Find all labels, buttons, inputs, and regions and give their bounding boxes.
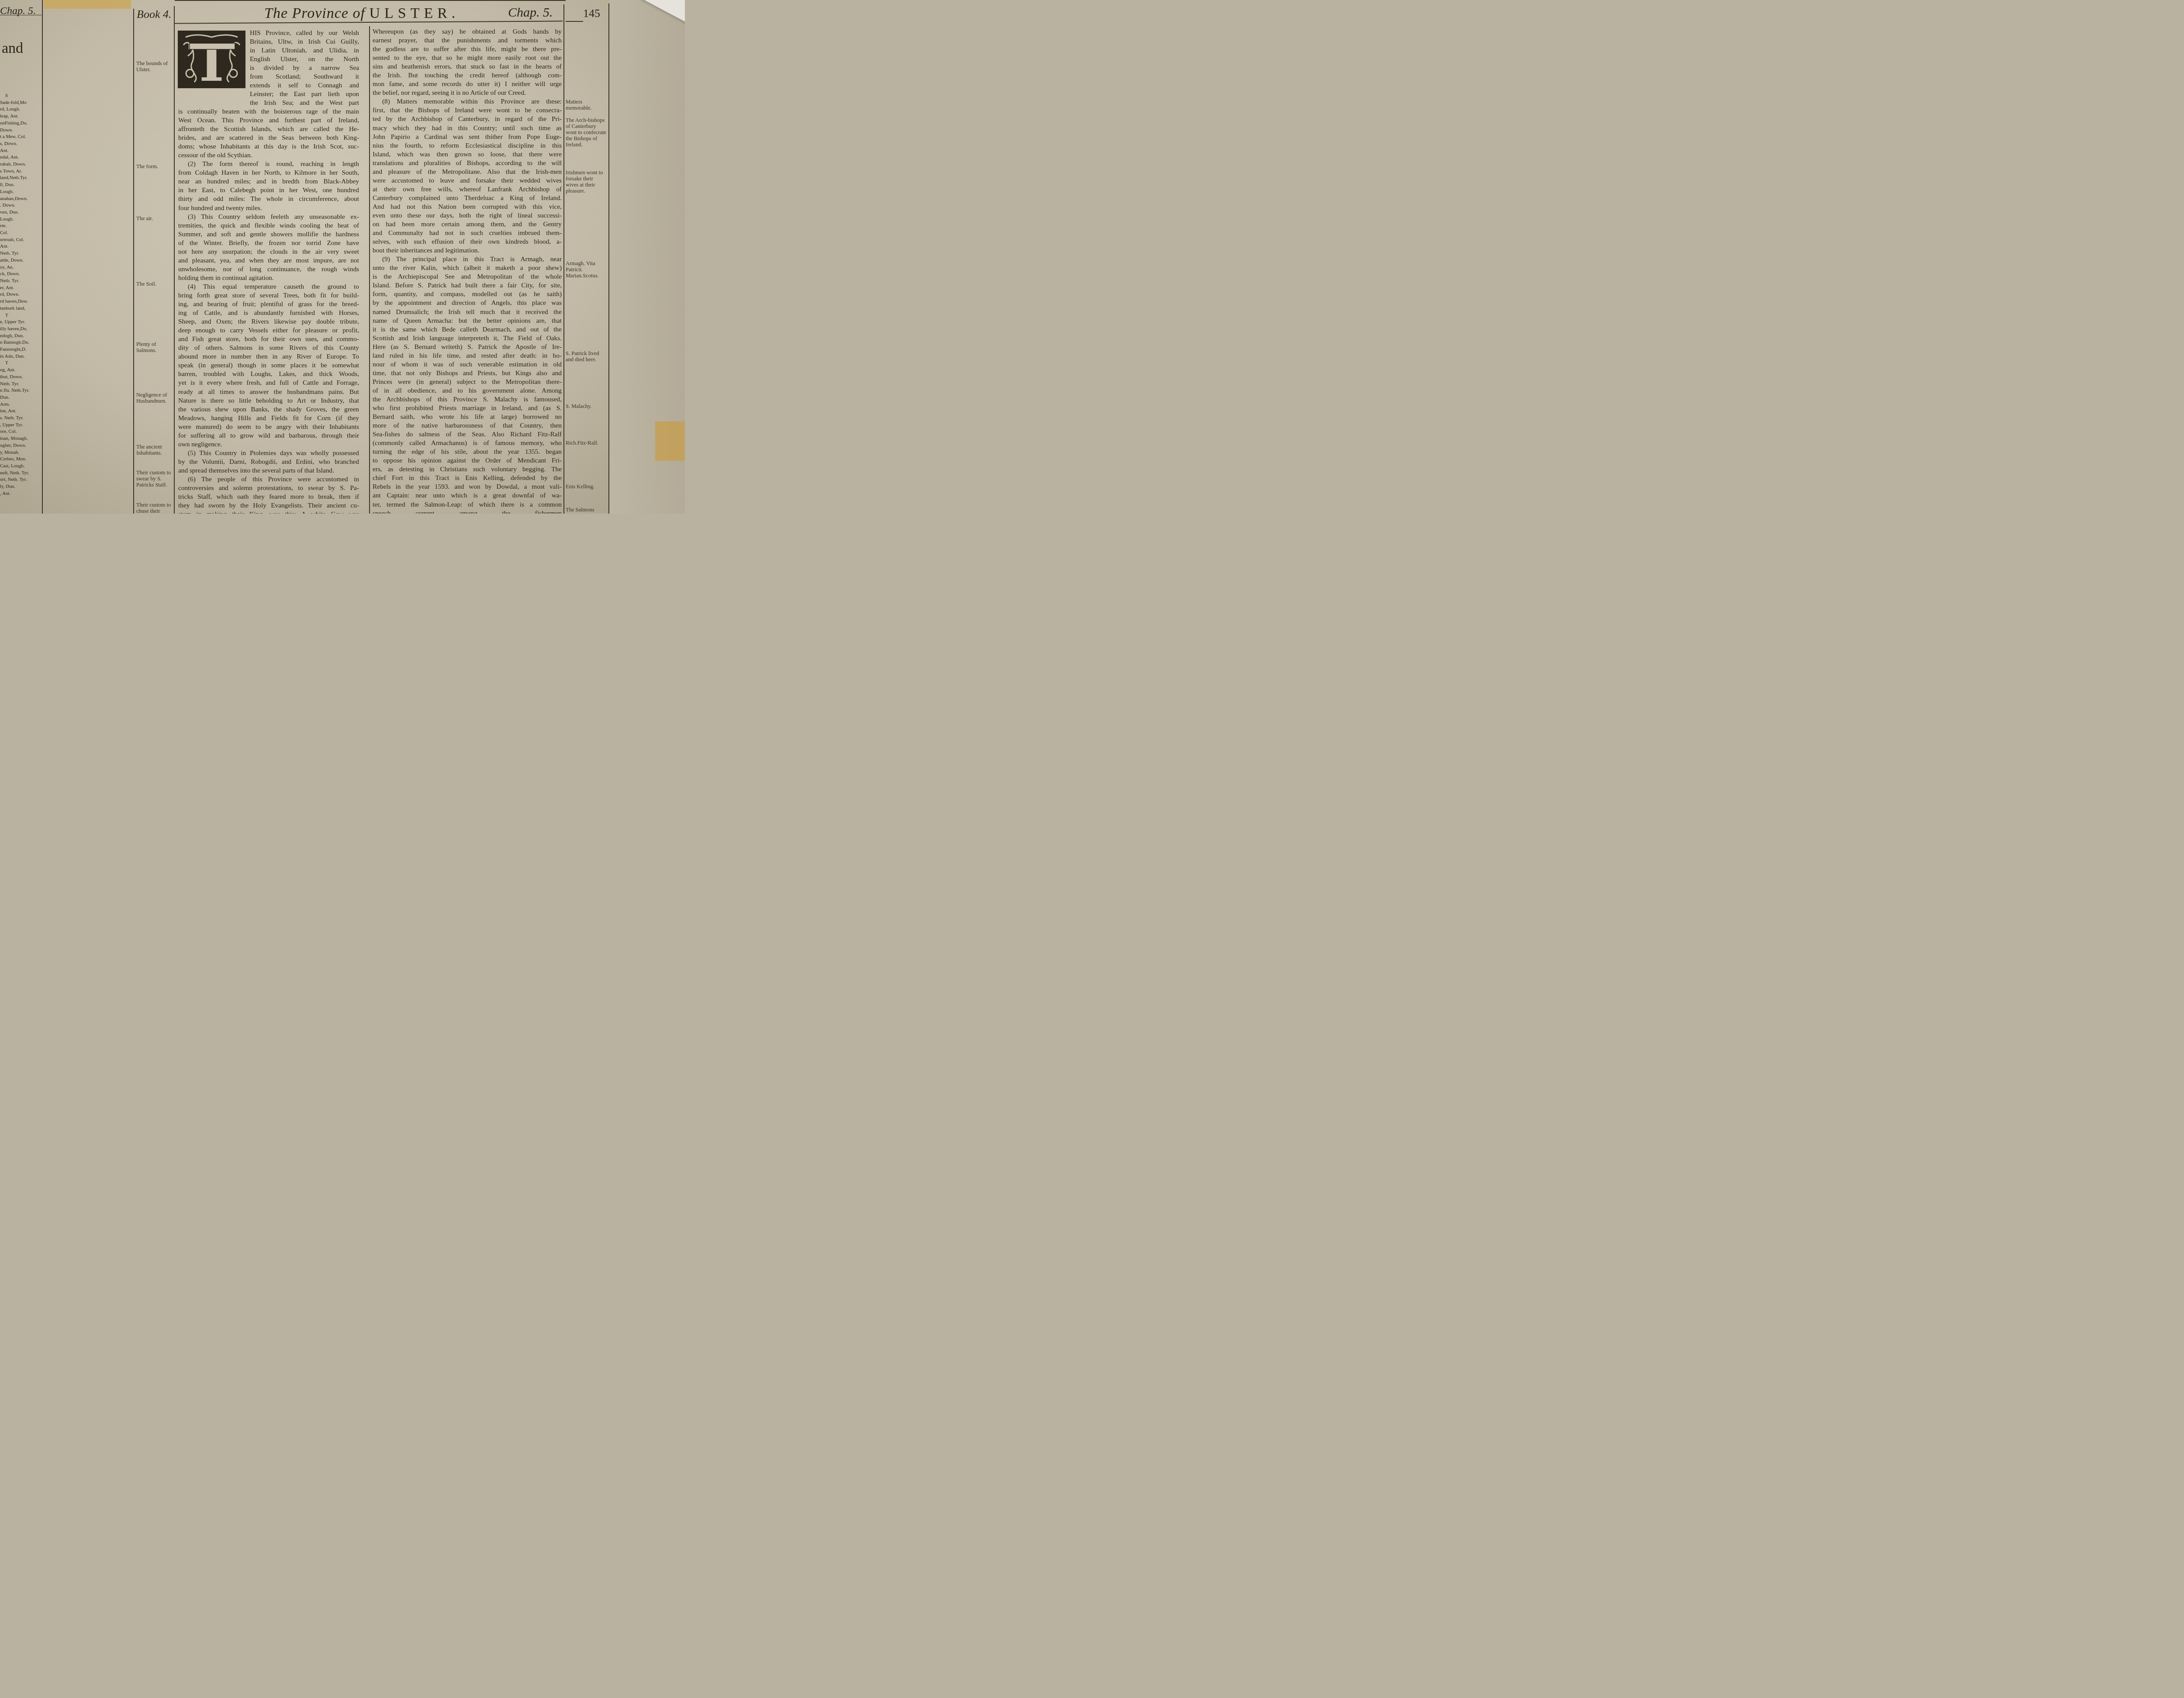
text-line: HIS Province, called by our Welsh: [250, 29, 359, 38]
margin-note: The ancient Inhabitants.: [136, 444, 173, 456]
index-entry: ll, Dun.: [0, 182, 29, 189]
index-entry: Col.: [0, 230, 29, 237]
text-line: (5) This Country in Ptolemies days was w…: [178, 449, 359, 458]
text-line: the Irish Sea; and the West part: [250, 99, 359, 107]
text-line: earnest prayer, that the punishments and…: [373, 36, 562, 45]
text-line: is divided by a narrow Sea: [250, 64, 359, 72]
text-line: named Drumsalich; the Irish tell much th…: [373, 308, 562, 317]
text-line: barren, troubled with Loughs, Lakes, and…: [178, 370, 359, 379]
margin-note: Matters memorable.: [566, 99, 607, 111]
outer-left-rule: [133, 9, 134, 514]
text-line: chief Fort in this Tract is Enis Kelling…: [373, 474, 562, 483]
text-line: and Fish great store, both for their own…: [178, 335, 359, 344]
text-line: ing, and bearing of fruit; plentiful of …: [178, 300, 359, 309]
text-line: West Ocean. This Province and furthest p…: [178, 116, 359, 125]
text-line: nour of whom it was of such venerable es…: [373, 360, 562, 369]
text-line: by the appointment and direction of Ange…: [373, 299, 562, 307]
outer-right-rule: [608, 3, 609, 514]
left-page-rule: [42, 0, 43, 514]
text-line: deep enough to carry Vessels either for …: [178, 326, 359, 335]
text-line: it is the same which Bede calleth Dearma…: [373, 325, 562, 334]
text-line: (6) The people of this Province were acc…: [178, 475, 359, 484]
text-line: unwholesome, nor of long continuance, th…: [178, 265, 359, 274]
text-line: the various shew upon Banks, the shady G…: [178, 405, 359, 414]
index-entry: Cast, Lough.: [0, 463, 29, 470]
text-line: Summer, and soft and gentle showers moll…: [178, 230, 359, 239]
text-line: bout their inheritances and legitimation…: [373, 246, 562, 255]
index-entry: n flu. Neth.Tyr.: [0, 387, 29, 394]
index-entry: tanhurk land,: [0, 305, 29, 312]
margin-note: Enis Kelling.: [566, 483, 607, 490]
index-entry: T: [0, 360, 29, 367]
index-entry: onFishing,Du.: [0, 120, 29, 127]
text-line: (commonly called Armachanus) is of famou…: [373, 439, 562, 448]
decorated-initial-t-icon: [178, 31, 245, 88]
text-line: sins and heathenish errors, that stuck s…: [373, 62, 562, 71]
column-right-body: Whereupon (as they say) he obtained at G…: [373, 28, 562, 514]
book-label: Book 4.: [137, 8, 171, 21]
index-entry: s Town, Ar.: [0, 168, 29, 175]
text-line: land ruled in his life time, and rested …: [373, 352, 562, 360]
left-index-list: SSade-fold,Mord, Lough.leap, Ant.onFishi…: [0, 93, 29, 497]
text-line: (2) The form thereof is round, reaching …: [178, 160, 359, 169]
text-line: more of the native barbarousness of that…: [373, 421, 562, 430]
text-line: Island. Before S. Patrick had built ther…: [373, 281, 562, 290]
text-line: abound more in number then in any River …: [178, 352, 359, 361]
margin-right-rule: [563, 4, 564, 514]
text-line: Scottish and Irish language interpreteth…: [373, 334, 562, 343]
text-line: to oppose his opinion against the Order …: [373, 456, 562, 465]
text-line: first, that the Bishops of Ireland were …: [373, 106, 562, 115]
text-line: Meadows, hanging Hills and Fields fit fo…: [178, 414, 359, 423]
text-line: Leinster; the East part lieth upon: [250, 90, 359, 99]
index-entry: inan, Monagh.: [0, 435, 29, 442]
text-line: for suffering all to grow wild and barba…: [178, 431, 359, 440]
text-line: ant Captain: near unto which is a great …: [373, 491, 562, 500]
text-line: And had not this Nation been corrupted w…: [373, 203, 562, 211]
text-line: Rebels in the year 1593. and won by Dowd…: [373, 483, 562, 491]
index-entry: Down.: [0, 127, 29, 134]
text-line: (8) Matters memorable within this Provin…: [373, 97, 562, 106]
text-line: Bernard saith, who wrote his life at lar…: [373, 413, 562, 421]
text-line: own negligence.: [178, 440, 359, 449]
margin-note: Negligence of Husbandmen.: [136, 392, 173, 404]
text-line: time, that not only Bishops and Priests,…: [373, 369, 562, 378]
chapter-label: Chap. 5.: [508, 5, 553, 20]
text-line: (3) This Country seldom feeleth any unse…: [178, 213, 359, 221]
margin-note: The air.: [136, 215, 173, 221]
index-entry: ly, Dun.: [0, 483, 29, 490]
index-entry: er, Ant.: [0, 285, 29, 292]
text-line: ing of Cattle, and is abundantly furnish…: [178, 309, 359, 318]
text-line: turning the edge of his stile, about the…: [373, 448, 562, 456]
index-entry: illy haven,Du.: [0, 326, 29, 333]
index-entry: rabah, Down.: [0, 161, 29, 168]
index-entry: n Bannogh.Du.: [0, 339, 29, 346]
text-line: on had been more certain among them, and…: [373, 220, 562, 229]
text-line: from Coldagh Haven in her North, to Kilm…: [178, 169, 359, 177]
text-line: ter, termed the Salmon-Leap: of which th…: [373, 500, 562, 509]
index-entry: ndal, Ant.: [0, 154, 29, 161]
text-line: selves, with such effusion of their own …: [373, 238, 562, 246]
text-line: name of Queen Armacha: but the better op…: [373, 317, 562, 325]
text-line: holding them in continual agitation.: [178, 274, 359, 283]
index-entry: ven, Dun.: [0, 209, 29, 216]
text-line: ers, as detesting in Christians such vol…: [373, 465, 562, 474]
margin-note: Plenty of Salmons.: [136, 341, 173, 353]
text-line: (9) The principal place in this Tract is…: [373, 255, 562, 264]
column-divider-rule: [369, 26, 370, 514]
text-line: mon fame, and some records do utter it) …: [373, 80, 562, 89]
text-line: Canterbury complained unto Therdeluac a …: [373, 194, 562, 203]
index-entry: Arm.: [0, 401, 29, 408]
text-line: is the Archiepiscopal See and Metropolit…: [373, 273, 562, 281]
index-entry: og, Ant.: [0, 367, 29, 374]
index-entry: y, Monah.: [0, 449, 29, 456]
text-line: and pleasant, yea, and when they are mos…: [178, 256, 359, 265]
margin-note: The Soil.: [136, 281, 173, 287]
text-line: macy which they had in this Country; unt…: [373, 124, 562, 133]
text-line: in her East, to Calebegh point in her We…: [178, 186, 359, 195]
left-head-rule: [0, 15, 41, 15]
text-line: translations and pluralities of Bishops,…: [373, 159, 562, 168]
text-line: were manured) do seem to be angry with t…: [178, 423, 359, 431]
index-entry: land,Neth.Tyr.: [0, 175, 29, 182]
margin-note: The bounds of Ulster.: [136, 60, 173, 72]
text-line: tricks Staff, which oath they feared mor…: [178, 493, 359, 501]
text-line: speak (in general) though in some places…: [178, 361, 359, 370]
text-line: ready at all times to answer the husband…: [178, 388, 359, 397]
text-line: Sheep, and Oxen; the Rivers likewise pay…: [178, 318, 359, 326]
text-line: the Archbishops of this Province S. Mala…: [373, 395, 562, 404]
running-head: Book 4. The Province of ULSTER. Chap. 5.…: [133, 3, 609, 23]
margin-note: Their custom to swear by S. Patricks Sta…: [136, 469, 173, 488]
text-line: four hundred and twenty miles.: [178, 204, 359, 213]
text-line: Here (as S. Bernard writeth) S. Patrick …: [373, 343, 562, 352]
margin-note: The form.: [136, 163, 173, 169]
text-line: at their own free wills, whereof Lanfran…: [373, 185, 562, 194]
text-line: Whereupon (as they say) he obtained at G…: [373, 28, 562, 36]
index-entry: rd, Lough.: [0, 106, 29, 113]
text-line: doms; whose Inhabitants at this day is t…: [178, 142, 359, 151]
index-entry: Lough.: [0, 216, 29, 223]
tape-strip-right: [655, 421, 685, 461]
text-line: the belief, nor regard, seeing it is no …: [373, 89, 562, 97]
margin-note: Rich.Fitz-Ralf.: [566, 440, 607, 446]
text-line: thirty and odd miles: The whole in circu…: [178, 195, 359, 204]
margin-left-rule: [174, 6, 175, 514]
index-entry: oy, An.: [0, 264, 29, 271]
text-line: tremities, the quick and flexible winds …: [178, 221, 359, 230]
column-left-dropcap-lines: HIS Province, called by our WelshBritain…: [250, 29, 359, 107]
index-entry: ine, Ant.: [0, 408, 29, 415]
index-entry: ortrush, Col.: [0, 237, 29, 244]
index-entry: Neth. Tyr.: [0, 250, 29, 257]
text-line: not here any usurpation; the clouds in t…: [178, 248, 359, 256]
text-line: nius the fourth, to reform Ecclesiastica…: [373, 141, 562, 150]
text-line: Sea-fishes do saltness of the Seas. Also…: [373, 430, 562, 439]
text-line: English Ulster, on the North: [250, 55, 359, 64]
text-line: from Scotland; Southward it: [250, 72, 359, 81]
text-line: ted by the Archbishop of Canterbury, in …: [373, 115, 562, 124]
margin-note: S. Malachy.: [566, 403, 607, 409]
text-line: controversies and solemn protestations, …: [178, 484, 359, 493]
text-line: and Communalty had not in such cruelties…: [373, 229, 562, 238]
index-entry: ck, Down.: [0, 271, 29, 278]
text-line: affronteth the Scottish Islands, which a…: [178, 125, 359, 134]
text-line: bring forth great store of several Trees…: [178, 291, 359, 300]
margin-note: Armagh. Vita Patricii. Marian.Scotus.: [566, 260, 607, 279]
index-entry: Ant.: [0, 243, 29, 250]
index-entry: e, Upper Tyr.: [0, 319, 29, 326]
text-line: of the Winter. Briefly, the frozen nor t…: [178, 239, 359, 248]
text-line: in Latin Ultoniah, and Ulidia, in: [250, 46, 359, 55]
text-line: (4) This equal temperature causeth the g…: [178, 283, 359, 291]
column-left-body: is continually beaten with the boisterou…: [178, 107, 359, 514]
text-line: and pleasure of the Metropolitane. Also …: [373, 168, 562, 176]
index-entry: ibot, Down.: [0, 374, 29, 381]
text-line: extends it self to Connagh and: [250, 81, 359, 90]
text-line: near an hundred miles; and in bredth fro…: [178, 177, 359, 186]
index-entry: attle, Down.: [0, 257, 29, 264]
left-fragment-word: and: [2, 40, 23, 57]
margin-note: S. Patrick lived and died here.: [566, 350, 607, 362]
text-line: they had sworn by the Holy Evangelists. …: [178, 501, 359, 510]
index-entry: s. Neth. Tyr.: [0, 415, 29, 422]
index-entry: in Ado, Dun.: [0, 353, 29, 360]
text-line: sented to the eye, that so he might more…: [373, 54, 562, 62]
index-entry: rm.: [0, 223, 29, 230]
text-line: unto the river Kalin, which (albeit it m…: [373, 264, 562, 273]
index-entry: Fannought,D.: [0, 346, 29, 353]
index-entry: anahan,Down.: [0, 196, 29, 203]
margin-note: The Salmons: [566, 507, 607, 513]
index-entry: Neth. Tyr.: [0, 381, 29, 388]
text-line: who first prohibited Priests marriage in…: [373, 404, 562, 413]
index-entry: rd haven,Dow.: [0, 298, 29, 305]
text-line: form, quantity, and compass, modelled ou…: [373, 290, 562, 299]
index-entry: s, Down.: [0, 141, 29, 148]
index-entry: ogher, Down.: [0, 442, 29, 449]
index-entry: ore, Col.: [0, 428, 29, 435]
text-line: were accustomed to leave and forsake the…: [373, 176, 562, 185]
index-entry: neft, Neth. Tyr.: [0, 470, 29, 477]
margin-note: The Arch-bishops of Canterbury wont to c…: [566, 117, 607, 148]
index-entry: S: [0, 93, 29, 100]
text-line: Island, which was then grown so loose, t…: [373, 150, 562, 159]
text-line: Princes were (in general) subject to the…: [373, 378, 562, 387]
index-entry: Corbes, Mon.: [0, 456, 29, 463]
index-entry: , Ant.: [0, 490, 29, 497]
text-line: and spread themselves into the several p…: [178, 466, 359, 475]
text-line: speech current among the fishermen: [373, 509, 562, 514]
text-line: cessour of the old Scythian.: [178, 151, 359, 160]
index-entry: rd, Down.: [0, 291, 29, 298]
text-line: yet is it every where fresh, and full of…: [178, 379, 359, 387]
index-entry: Lough.: [0, 189, 29, 196]
page-number: 145: [583, 7, 600, 20]
index-entry: Sade-fold,Mo: [0, 100, 29, 107]
text-line: the godless are to suffer after this lif…: [373, 45, 562, 54]
text-line: stom in making their King, was this: A w…: [178, 510, 359, 514]
text-line: Britains, Ultw, in Irish Cui Guilly,: [250, 38, 359, 46]
index-entry: leap, Ant.: [0, 113, 29, 120]
left-page-fragment: Chap. 5. and SSade-fold,Mord, Lough.leap…: [0, 0, 44, 514]
index-entry: ndogh, Dun.: [0, 333, 29, 340]
text-line: by the Voluntii, Darni, Robogdii, and Er…: [178, 458, 359, 466]
text-line: of in all obedience, and to his governme…: [373, 387, 562, 395]
index-entry: T: [0, 312, 29, 319]
text-line: the Irish. But touching the credit hereo…: [373, 71, 562, 80]
margin-note: Their custom to chuse their: [136, 502, 173, 514]
text-line: brides, and are scattered in the Seas be…: [178, 134, 359, 142]
text-line: is continually beaten with the boisterou…: [178, 107, 359, 116]
text-line: dity of others. Salmons in some Rivers o…: [178, 344, 359, 352]
text-line: John Papirio a Cardinal was sent thither…: [373, 133, 562, 141]
index-entry: ort, Neth. Tyr.: [0, 476, 29, 483]
index-entry: Dun.: [0, 394, 29, 401]
margin-note: Irishmen wont to forsake their wives at …: [566, 169, 607, 194]
index-entry: Ant.: [0, 148, 29, 155]
index-entry: t a Mew, Col.: [0, 134, 29, 141]
top-rule: [175, 0, 566, 1]
page-title: The Province of ULSTER.: [264, 5, 460, 22]
index-entry: . Down.: [0, 202, 29, 209]
text-line: even unto these our days, both the right…: [373, 211, 562, 220]
tape-strip-top: [44, 0, 131, 9]
index-entry: Neth. Tyr.: [0, 278, 29, 285]
index-entry: , Upper Tyr.: [0, 422, 29, 429]
text-line: Nature is there so little beholding to A…: [178, 397, 359, 405]
